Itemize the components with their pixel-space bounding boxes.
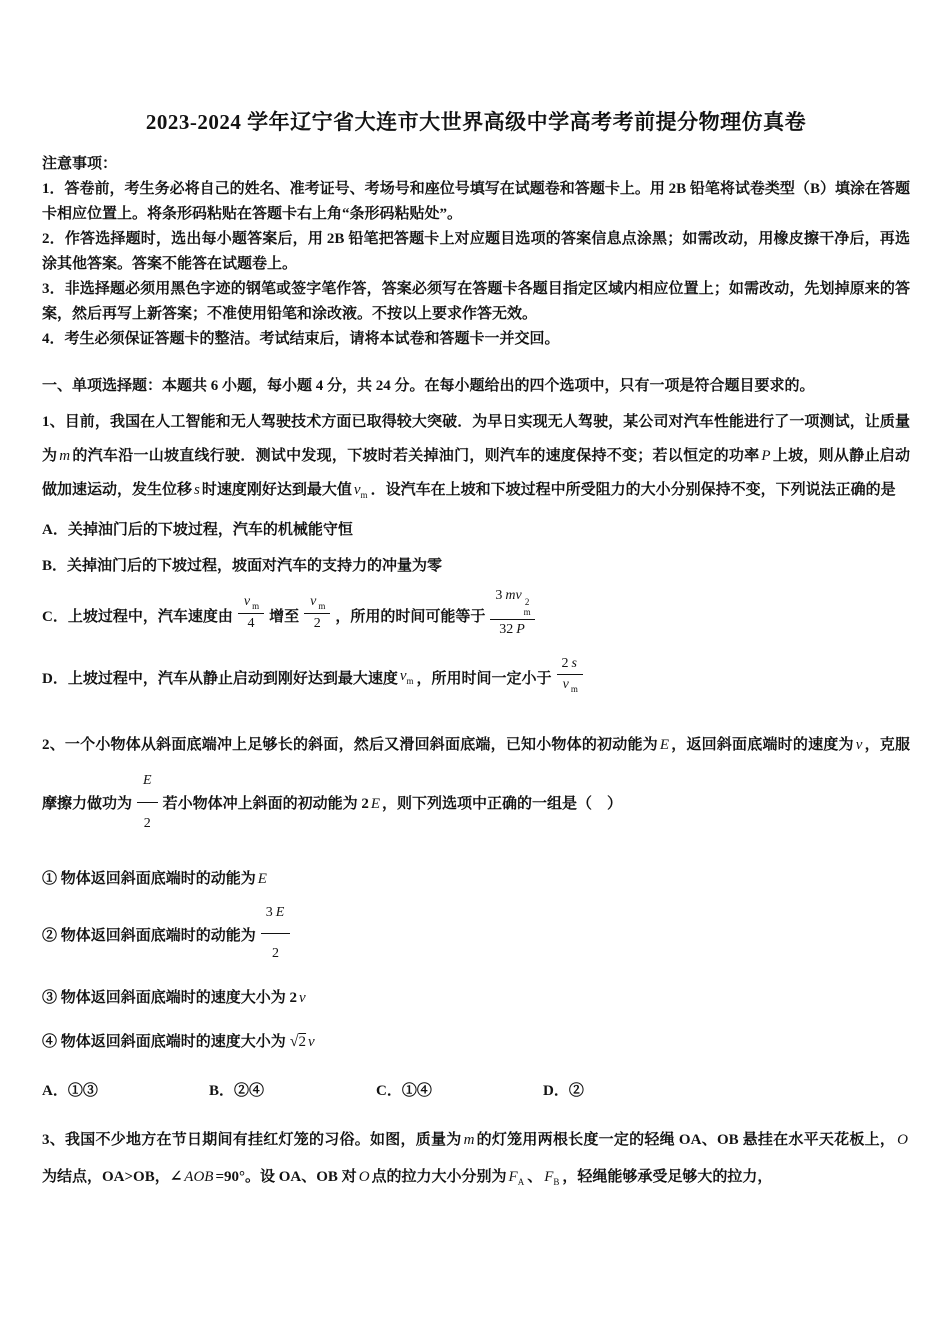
q2-item-1: ① 物体返回斜面底端时的动能为 E	[42, 861, 910, 897]
q3-stem-text-5: 点的拉力大小分别为	[372, 1169, 507, 1185]
q2-item-4: ④ 物体返回斜面底端时的速度大小为 √2v	[42, 1024, 910, 1060]
var-m: m	[57, 448, 72, 464]
q3-stem-text-4: =90°。设 OA、OB 对	[215, 1169, 356, 1185]
page-title: 2023-2024 学年辽宁省大连市大世界高级中学高考考前提分物理仿真卷	[42, 106, 910, 136]
notice-item-3: 3．非选择题必须用黑色字迹的钢笔或签字笔作答，答案必须写在答题卡各题目指定区域内…	[42, 277, 910, 327]
q2-item-2: ② 物体返回斜面底端时的动能为 3E2	[42, 897, 910, 974]
fraction-vm-over-2: vm2	[304, 594, 330, 632]
question-3-stem: 3、我国不少地方在节日期间有挂红灯笼的习俗。如图，质量为m的灯笼用两根长度一定的…	[42, 1122, 910, 1201]
q2-stem-text-5: ，则下列选项中正确的一组是（ ）	[382, 796, 622, 812]
q2-stem-text-1: 2、一个小物体从斜面底端冲上足够长的斜面，然后又滑回斜面底端，已知小物体的初动能…	[42, 737, 658, 753]
q2-answer-b: B．②④	[209, 1076, 376, 1106]
q3-stem-text-6: 、	[527, 1169, 542, 1185]
var-v: v	[306, 1024, 317, 1060]
var-E: E	[256, 861, 269, 897]
notices-heading: 注意事项：	[42, 152, 910, 177]
q3-stem-text-2: 的灯笼用两根长度一定的轻绳 OA、OB 悬挂在水平天花板上，	[476, 1132, 895, 1148]
var-O: O	[357, 1169, 372, 1185]
q2-item4-text: ④ 物体返回斜面底端时的速度大小为	[42, 1024, 286, 1060]
question-2-stem: 2、一个小物体从斜面底端冲上足够长的斜面，然后又滑回斜面底端，已知小物体的初动能…	[42, 726, 910, 845]
fraction-vm-over-4: vm4	[238, 594, 264, 632]
q1-stem-text-5: ．设汽车在上坡和下坡过程中所受阻力的大小分别保持不变，下列说法正确的是	[371, 482, 896, 498]
q2-answer-c: C．①④	[376, 1076, 543, 1106]
q2-item-3: ③ 物体返回斜面底端时的速度大小为 2 v	[42, 980, 910, 1016]
notices-block: 注意事项： 1．答卷前，考生务必将自己的姓名、准考证号、考场号和座位号填写在试题…	[42, 152, 910, 352]
q2-answer-row: A．①③ B．②④ C．①④ D．②	[42, 1076, 910, 1106]
q1-optc-text-3: ，所用的时间可能等于	[335, 605, 485, 626]
q2-item3-text: ③ 物体返回斜面底端时的速度大小为 2	[42, 980, 297, 1016]
q3-stem-text-1: 3、我国不少地方在节日期间有挂红灯笼的习俗。如图，质量为	[42, 1132, 462, 1148]
q2-answer-d: D．②	[543, 1076, 710, 1106]
q1-optd-text-2: ，所用时间一定小于	[417, 667, 552, 688]
var-vm: vm	[352, 482, 371, 498]
fraction-3E-over-2: 3E2	[261, 895, 291, 972]
var-E: E	[658, 737, 671, 753]
var-v: v	[854, 737, 865, 753]
fraction-E-over-2: E2	[137, 762, 158, 843]
q1-option-c: C．上坡过程中，汽车速度由 vm4 增至 vm2 ，所用的时间可能等于 3mv2…	[42, 584, 910, 646]
exam-page: 2023-2024 学年辽宁省大连市大世界高级中学高考考前提分物理仿真卷 注意事…	[0, 0, 950, 1344]
var-vm: vm	[398, 668, 417, 686]
q3-stem-text-3: 为结点，OA>OB，∠	[42, 1169, 182, 1185]
q1-optd-text-1: D．上坡过程中，汽车从静止启动到刚好达到最大速度	[42, 667, 398, 688]
var-O: O	[895, 1132, 910, 1148]
section-1-heading: 一、单项选择题：本题共 6 小题，每小题 4 分，共 24 分。在每小题给出的四…	[42, 374, 910, 399]
q1-option-b: B．关掉油门后的下坡过程，坡面对汽车的支持力的冲量为零	[42, 548, 910, 584]
q2-stem-text-2: ，返回斜面底端时的速度为	[671, 737, 854, 753]
notice-item-4: 4．考生必须保证答题卡的整洁。考试结束后，请将本试卷和答题卡一并交回。	[42, 327, 910, 352]
sqrt-radical-sign: √	[290, 1024, 299, 1060]
var-m: m	[462, 1132, 477, 1148]
var-s: s	[192, 482, 202, 498]
q1-stem-text-4: 时速度刚好达到最大值	[202, 482, 352, 498]
q2-item2-text: ② 物体返回斜面底端时的动能为	[42, 918, 256, 954]
fraction-2s-over-vm: 2svm	[557, 656, 583, 694]
var-FA: FA	[507, 1169, 528, 1185]
var-FB: FB	[542, 1169, 562, 1185]
fraction-3mvm2-over-32P: 3mv2m32P	[490, 588, 534, 639]
q1-stem-text-2: 的汽车沿一山坡直线行驶．测试中发现，下坡时若关掉油门，则汽车的速度保持不变；若以…	[72, 448, 759, 464]
question-1-stem: 1、目前，我国在人工智能和无人驾驶技术方面已取得较大突破．为早日实现无人驾驶，某…	[42, 405, 910, 512]
var-P: P	[759, 448, 772, 464]
q2-answer-a: A．①③	[42, 1076, 209, 1106]
q1-option-d: D．上坡过程中，汽车从静止启动到刚好达到最大速度 vm ，所用时间一定小于 2s…	[42, 646, 910, 708]
q2-stem-text-4: 若小物体冲上斜面的初动能为 2	[163, 796, 369, 812]
sqrt-radicand: 2	[299, 1024, 307, 1060]
var-v: v	[297, 980, 308, 1016]
q1-optc-text-2: 增至	[269, 605, 299, 626]
q1-option-a: A．关掉油门后的下坡过程，汽车的机械能守恒	[42, 512, 910, 548]
q2-item1-text: ① 物体返回斜面底端时的动能为	[42, 861, 256, 897]
var-AOB: AOB	[182, 1169, 215, 1185]
notice-item-2: 2．作答选择题时，选出每小题答案后，用 2B 铅笔把答题卡上对应题目选项的答案信…	[42, 227, 910, 277]
q3-stem-text-7: ，轻绳能够承受足够大的拉力，	[562, 1169, 772, 1185]
q1-optc-text-1: C．上坡过程中，汽车速度由	[42, 605, 233, 626]
var-E: E	[369, 796, 382, 812]
notice-item-1: 1．答卷前，考生务必将自己的姓名、准考证号、考场号和座位号填写在试题卷和答题卡上…	[42, 177, 910, 227]
